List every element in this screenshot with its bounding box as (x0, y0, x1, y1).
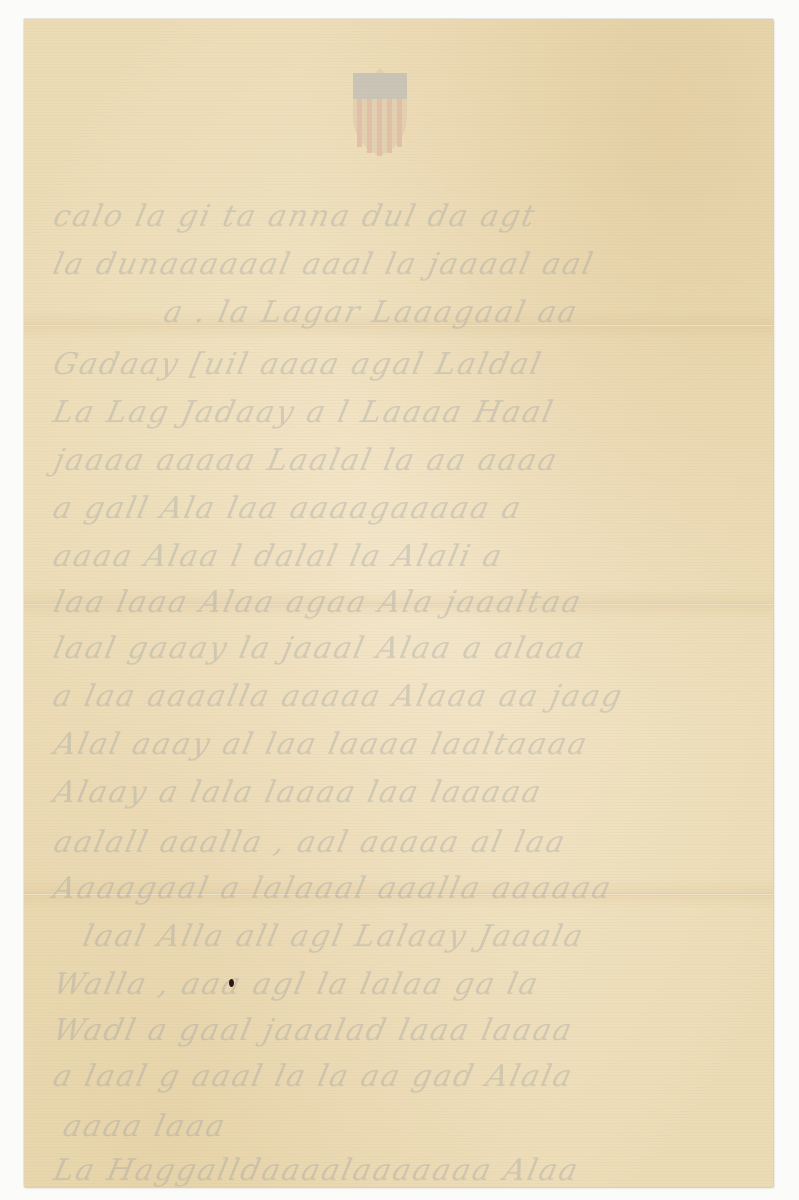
ink-speck (229, 979, 234, 987)
handwriting-line: aaaa Alaa l dalal la Alali a (50, 539, 507, 574)
handwriting-line: aaaa laaa (60, 1109, 230, 1144)
handwriting-line: aalall aaalla , aal aaaaa al laa (50, 825, 569, 860)
handwriting-line: Alal aaay al laa laaaa laaltaaaa (50, 727, 591, 762)
handwriting-line: laal Alla all agl Lalaay Jaaala (80, 919, 588, 954)
handwriting-line: Wadl a gaal jaaalad laaa laaaa (50, 1013, 577, 1048)
handwriting-line: a gall Ala laa aaaagaaaaa a (50, 491, 526, 526)
handwriting-line: La Lag Jadaay a l Laaaa Haal (50, 395, 558, 430)
fold-line-2 (24, 603, 773, 606)
handwriting-line: La Haggalldaaaalaaaaaaa Alaa (50, 1153, 582, 1188)
fold-line-3 (24, 893, 773, 896)
handwriting-line: Gadaay [uil aaaa agal Laldal (50, 347, 546, 382)
handwriting-line: jaaaa aaaaa Laalal la aa aaaa (50, 443, 561, 478)
handwriting-line: a laa aaaalla aaaaa Alaaa aa jaag (50, 679, 627, 714)
shield-watermark-icon (351, 66, 409, 158)
fold-line-1 (24, 324, 773, 327)
handwriting-line: Walla , aaa agl la lalaa ga la (50, 967, 542, 1002)
handwriting-line: Alaay a lala laaaa laa laaaaa (50, 775, 545, 810)
handwriting-line: a laal g aaal la la aa gad Alala (50, 1059, 577, 1094)
handwriting-line: calo la gi ta anna dul da agt (50, 199, 540, 234)
handwriting-line: laal gaaay la jaaal Alaa a alaaa (50, 631, 590, 666)
handwriting-line: la dunaaaaaal aaal la jaaaal aal (50, 247, 598, 282)
letter-page: calo la gi ta anna dul da agt la dunaaaa… (24, 19, 773, 1187)
